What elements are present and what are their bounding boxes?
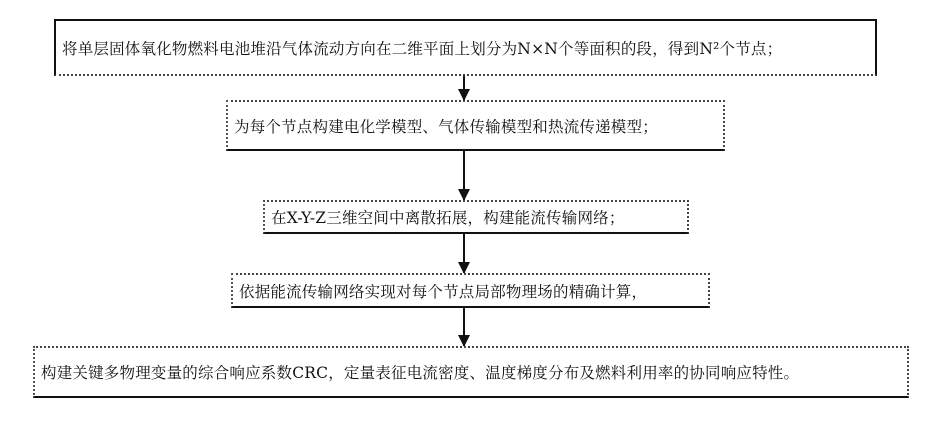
step-3-text: 在X-Y-Z三维空间中离散拓展，构建能流传输网络；: [271, 206, 625, 228]
step-2-box: 为每个节点构建电化学模型、气体传输模型和热流传递模型；: [226, 100, 725, 151]
step-4-text: 依据能流传输网络实现对每个节点局部物理场的精确计算，: [239, 280, 647, 302]
step-5-box: 构建关键多物理变量的综合响应系数CRC，定量表征电流密度、温度梯度分布及燃料利用…: [33, 346, 909, 398]
arrow-1-to-2: [463, 76, 465, 100]
arrow-2-to-3: [463, 151, 465, 200]
arrow-4-to-5: [463, 308, 465, 346]
step-1-text: 将单层固体氧化物燃料电池堆沿气体流动方向在二维平面上划分为N×N个等面积的段，得…: [62, 37, 782, 59]
step-1-box: 将单层固体氧化物燃料电池堆沿气体流动方向在二维平面上划分为N×N个等面积的段，得…: [54, 19, 877, 76]
step-2-text: 为每个节点构建电化学模型、气体传输模型和热流传递模型；: [234, 115, 658, 137]
step-3-box: 在X-Y-Z三维空间中离散拓展，构建能流传输网络；: [263, 200, 689, 234]
step-4-box: 依据能流传输网络实现对每个节点局部物理场的精确计算，: [231, 273, 710, 308]
step-5-text: 构建关键多物理变量的综合响应系数CRC，定量表征电流密度、温度梯度分布及燃料利用…: [41, 361, 799, 383]
arrow-3-to-4: [463, 234, 465, 273]
